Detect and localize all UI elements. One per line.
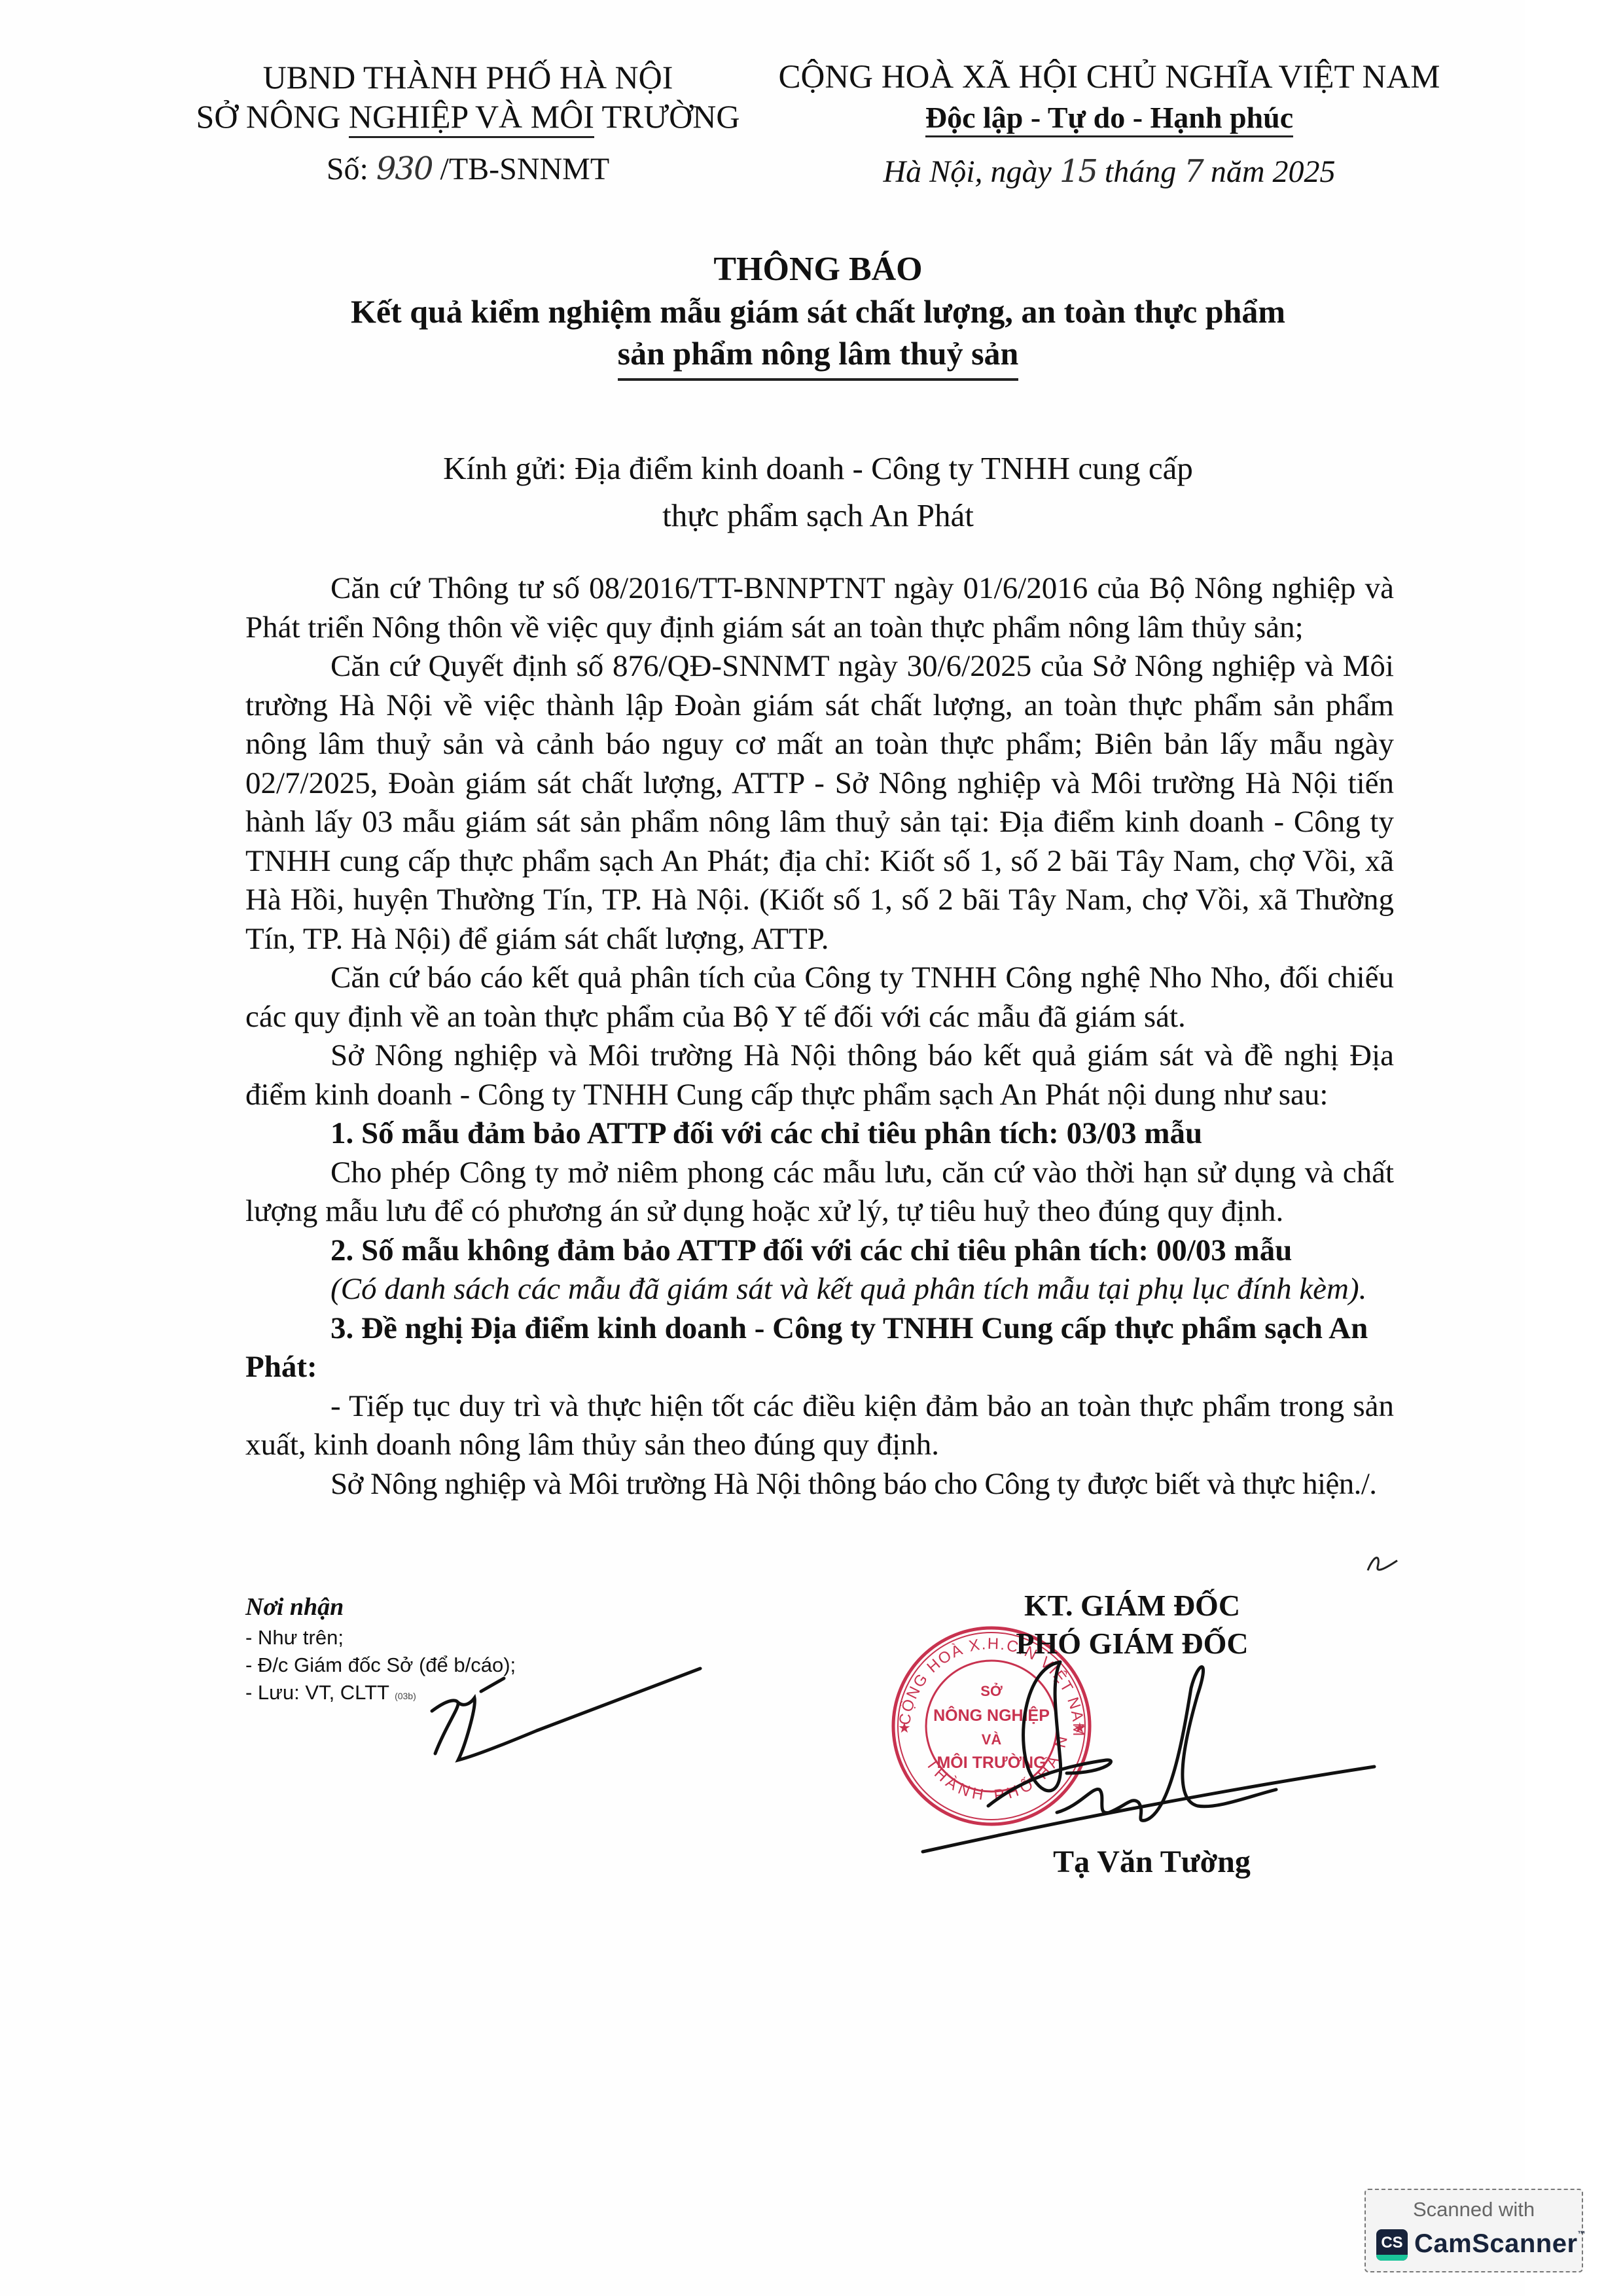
item-3-title: 3. Đề nghị Địa điểm kinh doanh - Công ty… [245,1309,1394,1387]
signer-title-2: PHÓ GIÁM ĐỐC [949,1625,1315,1663]
handwritten-number: 930 [376,150,433,187]
document-title-block: THÔNG BÁO Kết quả kiểm nghiệm mẫu giám s… [262,249,1374,381]
camscanner-watermark: Scanned with CS CamScanner™ [1364,2189,1583,2272]
recipient-item: - Như trên; [245,1624,704,1651]
issuing-authority-header: UBND THÀNH PHỐ HÀ NỘI SỞ NÔNG NGHIỆP VÀ … [167,58,769,189]
closing-paragraph: Sở Nông nghiệp và Môi trường Hà Nội thôn… [245,1465,1394,1504]
paragraph-legal-basis-2: Căn cứ Quyết định số 876/QĐ-SNNMT ngày 3… [245,647,1394,959]
document-subtitle-line1: Kết quả kiểm nghiệm mẫu giám sát chất lư… [262,291,1374,332]
svg-text:★: ★ [1073,1720,1086,1736]
authority-department: SỞ NÔNG NGHIỆP VÀ MÔI TRƯỜNG [167,97,769,136]
recipients-list: Nơi nhận - Như trên; - Đ/c Giám đốc Sở (… [245,1590,704,1710]
camscanner-logo-icon: CS [1376,2229,1408,2261]
national-header: CỘNG HOÀ XÃ HỘI CHỦ NGHĨA VIỆT NAM Độc l… [762,58,1456,192]
paragraph-legal-basis-3: Căn cứ báo cáo kết quả phân tích của Côn… [245,959,1394,1036]
national-title: CỘNG HOÀ XÃ HỘI CHỦ NGHĨA VIỆT NAM [762,58,1456,97]
watermark-caption: Scanned with [1366,2198,1582,2221]
svg-text:SỞ: SỞ [980,1683,1003,1699]
handwritten-month: 7 [1184,153,1203,190]
addressee: Kính gửi: Địa điểm kinh doanh - Công ty … [366,445,1270,539]
copies-note: (03b) [395,1691,416,1701]
svg-text:NÔNG NGHIỆP: NÔNG NGHIỆP [933,1705,1050,1725]
svg-text:★: ★ [898,1720,911,1736]
signature-block: KT. GIÁM ĐỐC PHÓ GIÁM ĐỐC [949,1587,1315,1663]
document-subtitle-line2: sản phẩm nông lâm thuỷ sản [618,332,1019,381]
paragraph-legal-basis-1: Căn cứ Thông tư số 08/2016/TT-BNNPTNT ng… [245,569,1394,647]
item-3-text: - Tiếp tục duy trì và thực hiện tốt các … [245,1387,1394,1465]
svg-text:VÀ: VÀ [982,1731,1002,1748]
signer-title-1: KT. GIÁM ĐỐC [949,1587,1315,1625]
item-1-text: Cho phép Công ty mở niêm phong các mẫu l… [245,1154,1394,1231]
document-number: Số: 930 /TB-SNNMT [167,149,769,189]
item-2-note: (Có danh sách các mẫu đã giám sát và kết… [245,1270,1394,1309]
item-1-title: 1. Số mẫu đảm bảo ATTP đối với các chỉ t… [245,1114,1394,1154]
authority-city: UBND THÀNH PHỐ HÀ NỘI [167,58,769,97]
document-title: THÔNG BÁO [262,249,1374,291]
paragraph-notice: Sở Nông nghiệp và Môi trường Hà Nội thôn… [245,1036,1394,1114]
recipient-item: - Đ/c Giám đốc Sở (để b/cáo); [245,1651,704,1679]
document-body: Căn cứ Thông tư số 08/2016/TT-BNNPTNT ng… [245,569,1394,1504]
handwritten-day: 15 [1060,153,1097,190]
watermark-brand: CamScanner™ [1414,2229,1586,2259]
national-motto: Độc lập - Tự do - Hạnh phúc [925,101,1293,137]
initial-mark [1364,1547,1404,1580]
item-2-title: 2. Số mẫu không đảm bảo ATTP đối với các… [245,1231,1394,1271]
document-date: Hà Nội, ngày 15 tháng 7 năm 2025 [762,152,1456,192]
recipient-item: - Lưu: VT, CLTT (03b) [245,1679,704,1710]
signer-name: Tạ Văn Tường [969,1844,1335,1880]
recipients-heading: Nơi nhận [245,1590,704,1624]
document-page: UBND THÀNH PHỐ HÀ NỘI SỞ NÔNG NGHIỆP VÀ … [0,0,1525,2296]
svg-text:MÔI TRƯỜNG: MÔI TRƯỜNG [936,1752,1046,1772]
